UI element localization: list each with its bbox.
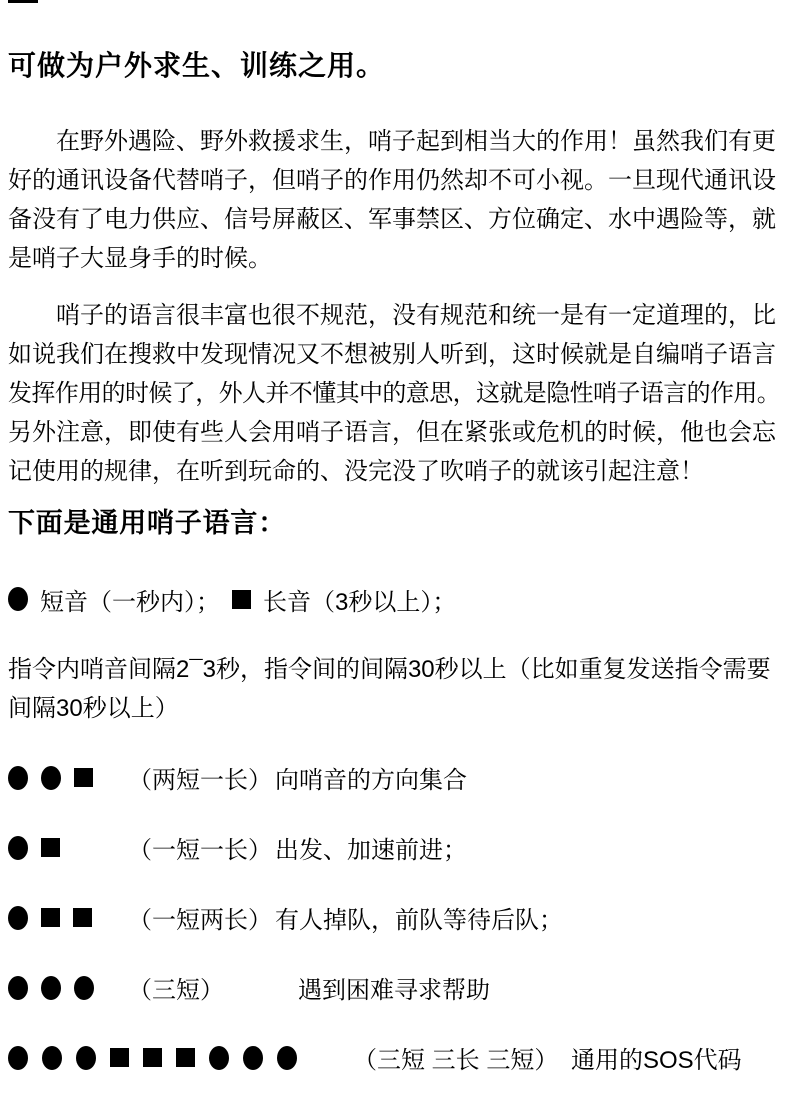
code-meaning: 通用的SOS代码 — [571, 1040, 742, 1075]
interval-note: 指令内哨音间隔2¯3秒，指令间的间隔30秒以上（比如重复发送指令需要间隔30秒以… — [8, 650, 782, 728]
document-page: 可做为户外求生、训练之用。 在野外遇险、野外救援求生，哨子起到相当大的作用！虽然… — [0, 0, 790, 1077]
long-tone-label: 长音（3秒以上）； — [263, 582, 456, 617]
text-line: 指令内哨音间隔2¯3秒，指令间的间隔30秒以上（比如重复发送指令需要 — [8, 650, 782, 689]
text-line: 在野外遇险、野外救援求生，哨子起到相当大的作用！虽然我们有更 — [8, 122, 782, 161]
whistle-code-row: （三短）遇到困难寻求帮助 — [8, 968, 782, 1007]
code-symbols — [8, 976, 128, 1000]
code-symbols — [8, 1046, 353, 1070]
text-line: 发挥作用的时候了，外人并不懂其中的意思，这就是隐性哨子语言的作用。 — [8, 374, 782, 413]
short-tone-dot-icon — [8, 766, 28, 790]
short-tone-dot-icon — [277, 1046, 297, 1070]
long-tone-square-icon — [110, 1048, 129, 1067]
text-line: 备没有了电力供应、信号屏蔽区、军事禁区、方位确定、水中遇险等，就 — [8, 200, 782, 239]
code-meaning: 遇到困难寻求帮助 — [298, 970, 490, 1005]
text-line: 好的通讯设备代替哨子，但哨子的作用仍然却不可小视。一旦现代通讯设 — [8, 161, 782, 200]
code-name: （两短一长） — [128, 760, 275, 795]
long-tone-square-icon — [74, 768, 93, 787]
text-line: 间隔30秒以上） — [8, 689, 782, 728]
short-tone-dot-icon — [243, 1046, 263, 1070]
text-line: 记使用的规律，在听到玩命的、没完没了吹哨子的就该引起注意！ — [8, 452, 782, 491]
section-heading: 下面是通用哨子语言： — [8, 505, 782, 541]
short-tone-dot-icon — [41, 766, 61, 790]
code-meaning: 出发、加速前进； — [275, 830, 467, 865]
long-tone-square-icon — [176, 1048, 195, 1067]
long-tone-square-icon — [73, 908, 92, 927]
long-tone-square-icon — [41, 908, 60, 927]
code-meaning: 向哨音的方向集合 — [275, 760, 467, 795]
short-tone-dot-icon — [8, 906, 28, 930]
tone-legend: 短音（一秒内）； 长音（3秒以上）； — [8, 585, 782, 613]
short-tone-dot-icon — [76, 1046, 96, 1070]
code-name: （一短一长） — [128, 830, 275, 865]
text-line: 是哨子大显身手的时候。 — [8, 239, 782, 278]
short-tone-dot-icon — [42, 1046, 62, 1070]
code-name: （三短 三长 三短） — [353, 1040, 571, 1075]
short-tone-dot-icon — [8, 976, 28, 1000]
code-symbols — [8, 766, 128, 790]
short-tone-label: 短音（一秒内）； — [40, 582, 220, 617]
short-tone-dot-icon — [41, 976, 61, 1000]
text-line: 另外注意，即使有些人会用哨子语言，但在紧张或危机的时候，他也会忘 — [8, 413, 782, 452]
paragraph-whistle-importance: 在野外遇险、野外救援求生，哨子起到相当大的作用！虽然我们有更好的通讯设备代替哨子… — [8, 122, 782, 278]
long-tone-square-icon — [143, 1048, 162, 1067]
code-symbols — [8, 906, 128, 930]
whistle-code-row: （一短一长）出发、加速前进； — [8, 828, 782, 867]
whistle-codes-list: （两短一长）向哨音的方向集合（一短一长）出发、加速前进；（一短两长）有人掉队，前… — [8, 758, 782, 1077]
short-tone-dot-icon — [8, 587, 28, 611]
code-name: （三短） — [128, 970, 298, 1005]
whistle-code-row: （一短两长）有人掉队，前队等待后队； — [8, 898, 782, 937]
short-tone-dot-icon — [8, 836, 28, 860]
short-tone-dot-icon — [74, 976, 94, 1000]
cropped-text-artifact — [8, 0, 38, 3]
page-title: 可做为户外求生、训练之用。 — [8, 48, 782, 84]
text-line: 哨子的语言很丰富也很不规范，没有规范和统一是有一定道理的，比 — [8, 296, 782, 335]
paragraph-whistle-language: 哨子的语言很丰富也很不规范，没有规范和统一是有一定道理的，比如说我们在搜救中发现… — [8, 296, 782, 491]
code-meaning: 有人掉队，前队等待后队； — [275, 900, 563, 935]
code-symbols — [8, 836, 128, 860]
whistle-code-row: （三短 三长 三短）通用的SOS代码 — [8, 1038, 782, 1077]
short-tone-dot-icon — [209, 1046, 229, 1070]
code-name: （一短两长） — [128, 900, 275, 935]
short-tone-dot-icon — [8, 1046, 28, 1070]
text-line: 如说我们在搜救中发现情况又不想被别人听到，这时候就是自编哨子语言 — [8, 335, 782, 374]
whistle-code-row: （两短一长）向哨音的方向集合 — [8, 758, 782, 797]
long-tone-square-icon — [41, 838, 60, 857]
long-tone-square-icon — [232, 590, 251, 609]
